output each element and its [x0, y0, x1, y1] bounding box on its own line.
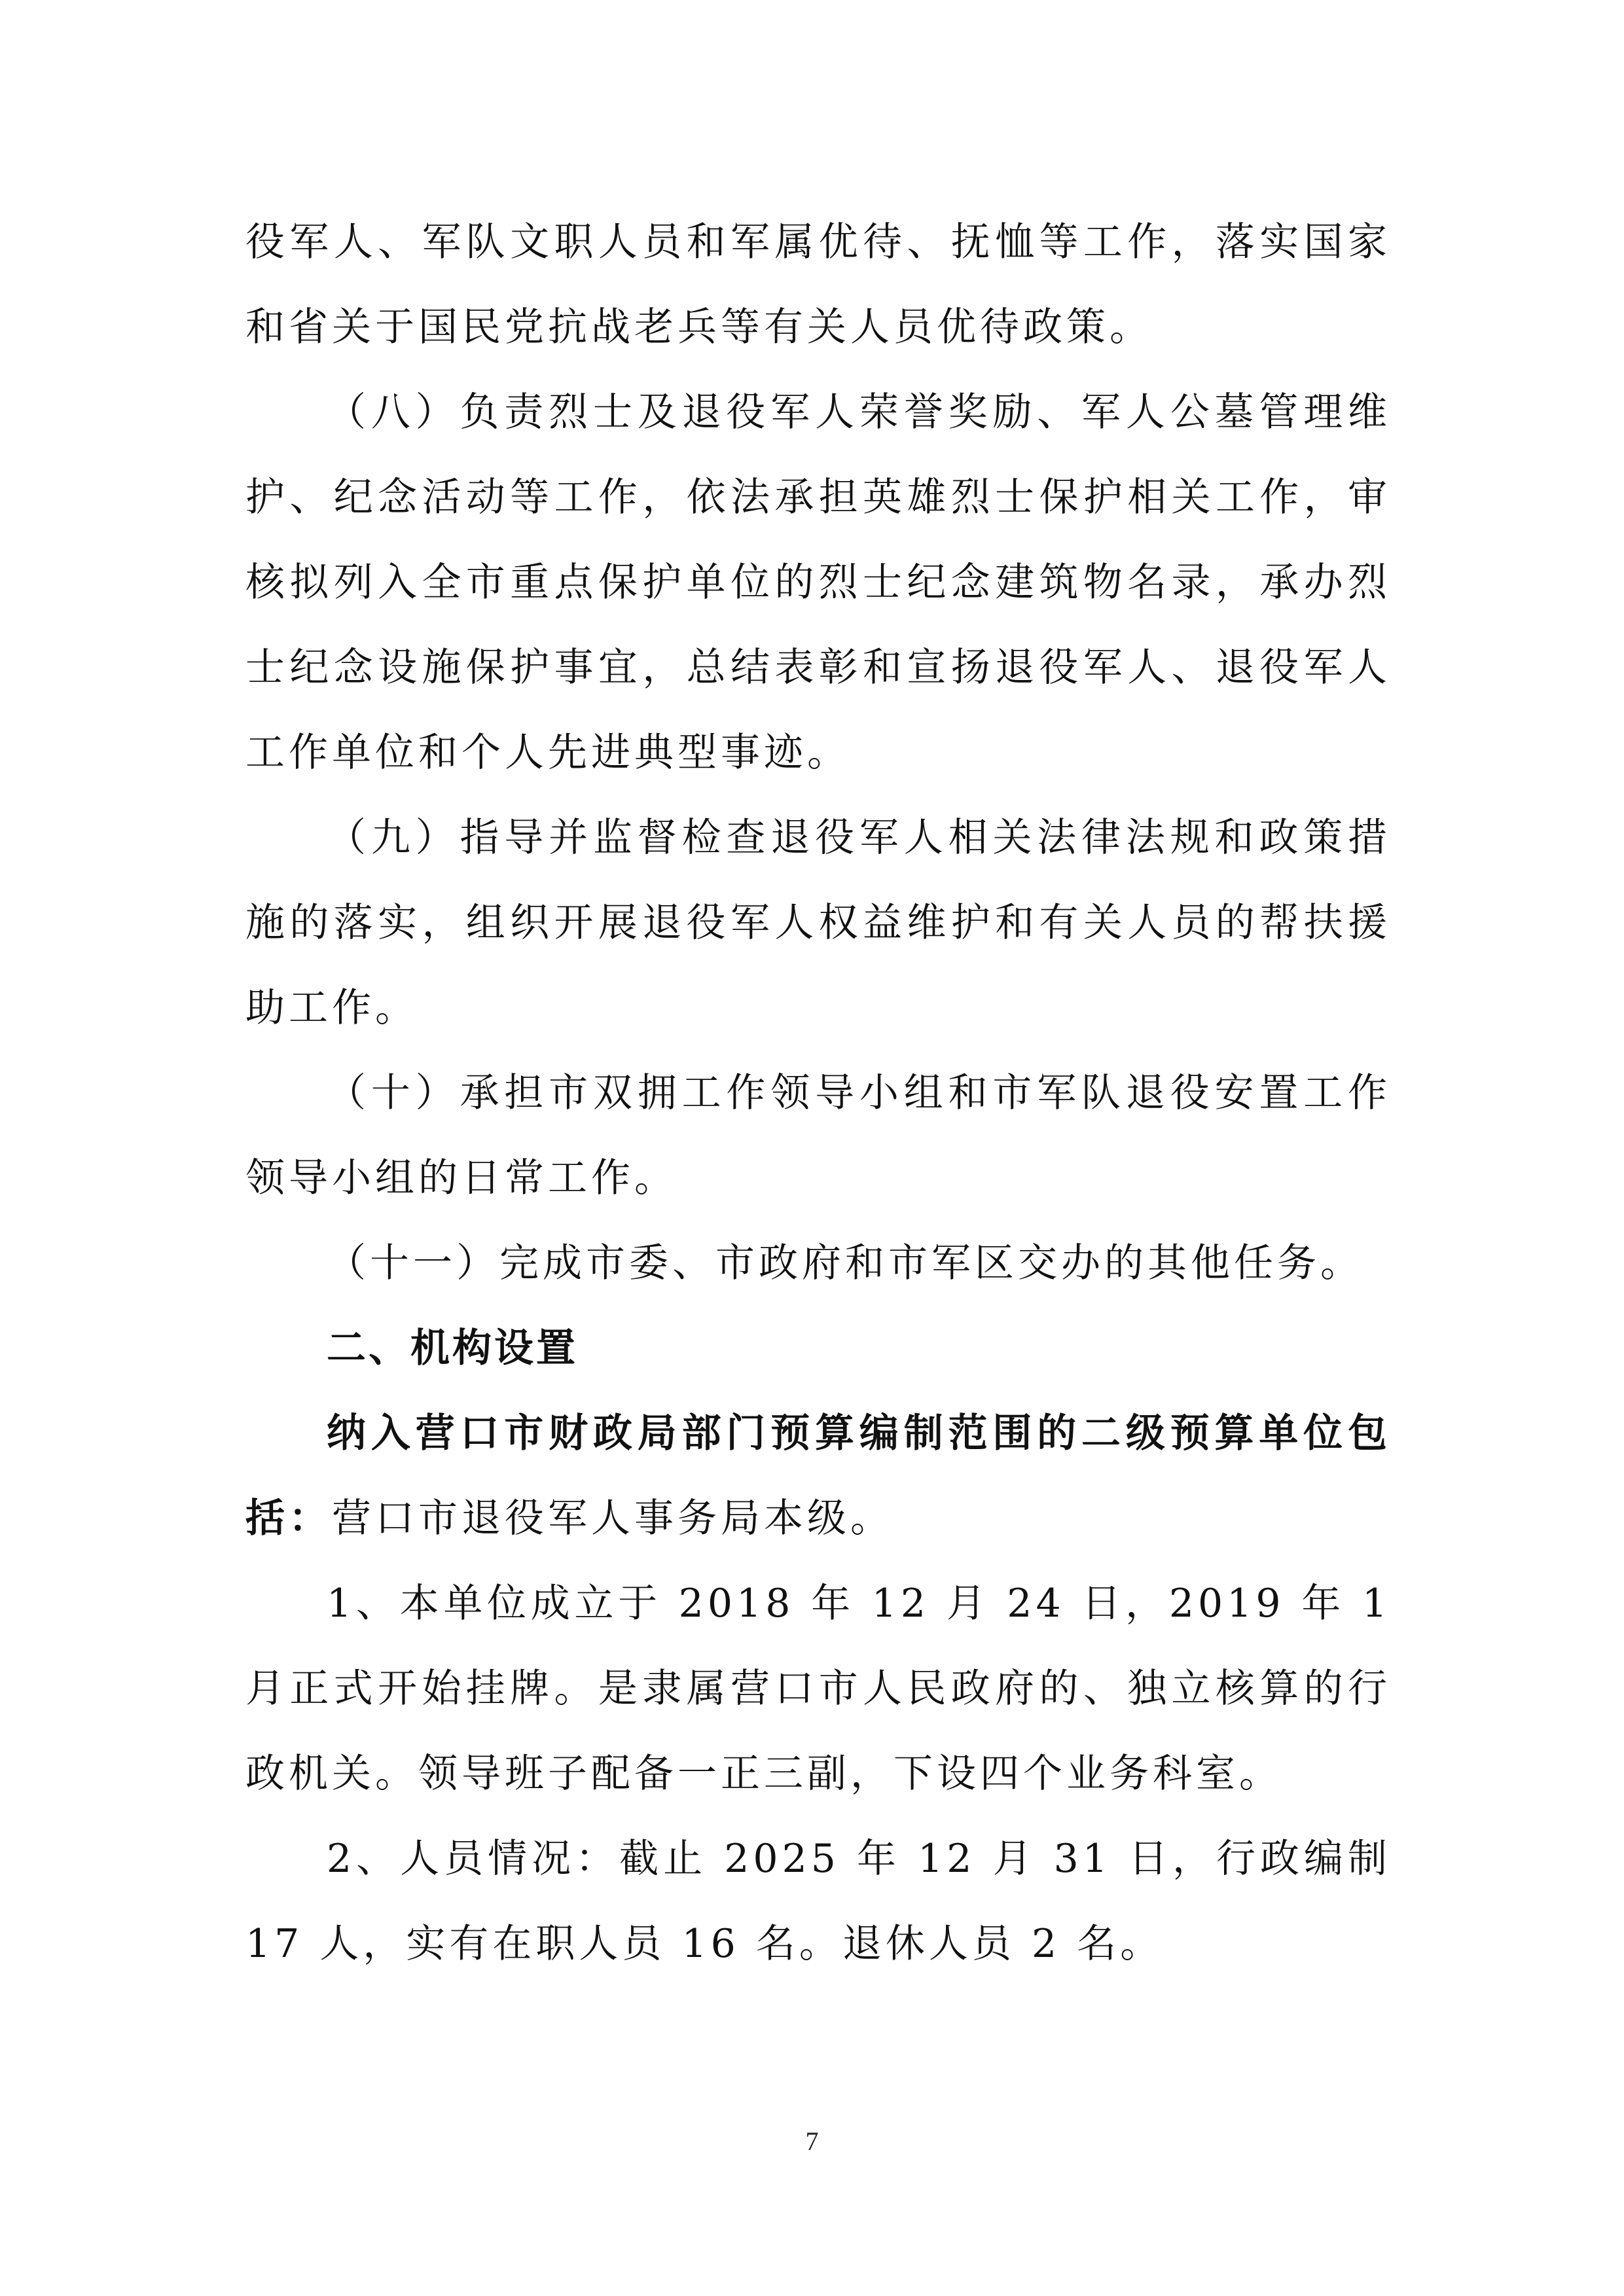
page-number: 7: [0, 2126, 1624, 2157]
document-body: 役军人、军队文职人员和军属优待、抚恤等工作，落实国家和省关于国民党抗战老兵等有关…: [245, 200, 1391, 1986]
paragraph-item-8: （八）负责烈士及退役军人荣誉奖励、军人公墓管理维护、纪念活动等工作，依法承担英雄…: [245, 370, 1391, 795]
paragraph-item-10: （十）承担市双拥工作领导小组和市军队退役安置工作领导小组的日常工作。: [245, 1050, 1391, 1221]
paragraph-continued: 役军人、军队文职人员和军属优待、抚恤等工作，落实国家和省关于国民党抗战老兵等有关…: [245, 200, 1391, 370]
paragraph-item-9: （九）指导并监督检查退役军人相关法律法规和政策措施的落实，组织开展退役军人权益维…: [245, 795, 1391, 1050]
paragraph-item-11: （十一）完成市委、市政府和市军区交办的其他任务。: [245, 1221, 1391, 1306]
section-heading: 二、机构设置: [245, 1306, 1391, 1391]
scope-paragraph: 纳入营口市财政局部门预算编制范围的二级预算单位包括：营口市退役军人事务局本级。: [245, 1391, 1391, 1561]
scope-text: 营口市退役军人事务局本级。: [332, 1496, 893, 1541]
list-item-2: 2、人员情况：截止 2025 年 12 月 31 日，行政编制 17 人，实有在…: [245, 1816, 1391, 1986]
list-item-1: 1、本单位成立于 2018 年 12 月 24 日，2019 年 1 月正式开始…: [245, 1561, 1391, 1816]
